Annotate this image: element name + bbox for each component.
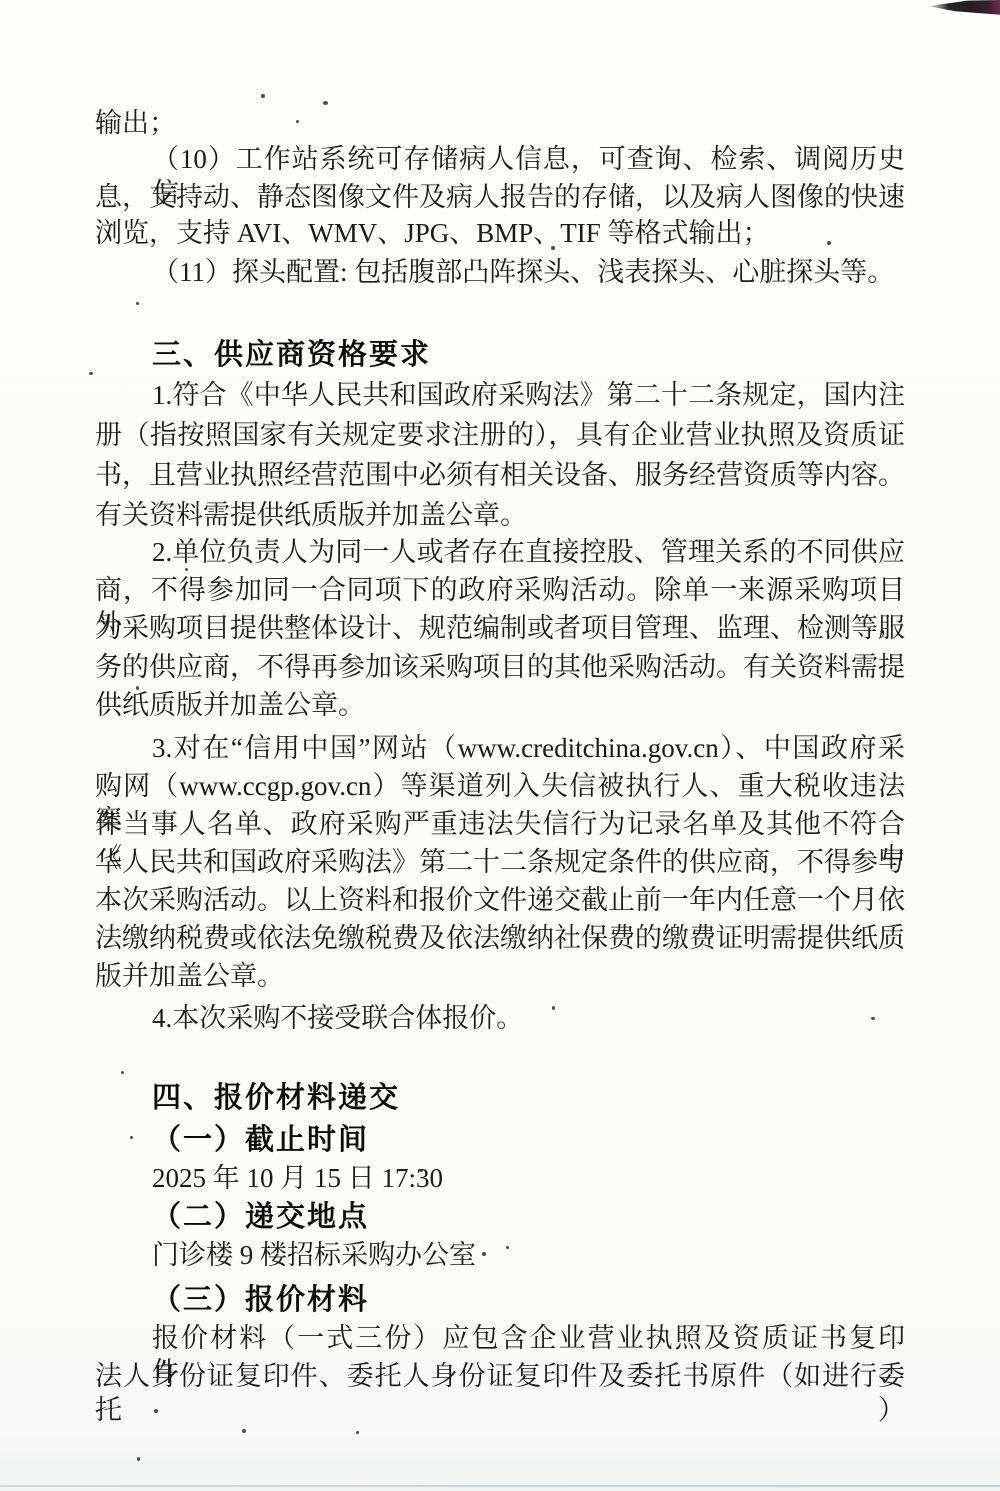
scan-speck [356,1431,359,1434]
scan-speck [136,302,139,305]
scan-speck [154,1409,158,1413]
body-line: 本次采购活动。以上资料和报价文件递交截止前一年内任意一个月依 [95,883,905,917]
body-line: 浏览，支持 AVI、WMV、JPG、BMP、TIF 等格式输出； [95,216,905,250]
scan-speck [827,241,831,245]
body-line: 务的供应商，不得再参加该采购项目的其他采购活动。有关资料需提 [95,650,905,684]
section-heading: 三、供应商资格要求 [152,338,905,372]
subsection-heading: （二）递交地点 [152,1200,905,1234]
scan-edge-line [0,1485,1000,1487]
scan-speck [551,246,555,250]
scan-speck [136,686,139,690]
scan-speck [121,1071,124,1074]
scan-speck [419,1169,423,1172]
scan-speck [482,1252,486,1256]
scan-speck [89,372,93,375]
subsection-heading: （三）报价材料 [152,1283,905,1317]
scan-speck [185,568,188,571]
section-heading: 四、报价材料递交 [152,1081,905,1115]
submission-location: 门诊楼 9 楼招标采购办公室 [152,1238,905,1272]
body-line: 2.单位负责人为同一人或者存在直接控股、管理关系的不同供应 [152,535,905,569]
scan-speck [137,1457,140,1461]
scan-speck [323,101,328,105]
body-line: 输出； [95,106,905,140]
scan-speck [242,1429,246,1433]
scan-speck [871,1017,875,1020]
body-line: 华人民共和国政府采购法》第二十二条规定条件的供应商，不得参与 [95,845,905,879]
deadline-datetime: 2025 年 10 月 15 日 17:30 [152,1161,905,1195]
body-line: 版并加盖公章。 [95,959,905,993]
body-line: 1.符合《中华人民共和国政府采购法》第二十二条规定，国内注 [152,378,905,412]
body-line: 4.本次采购不接受联合体报价。 [152,1001,905,1035]
scan-speck [506,1246,509,1249]
scan-speck [261,94,265,98]
body-line: 息，支持动、静态图像文件及病人报告的存储，以及病人图像的快速 [95,180,905,214]
body-line: 书，且营业执照经营范围中必须有相关设备、服务经营资质等内容。 [95,458,905,492]
body-line: 法缴纳税费或依法免缴税费及依法缴纳社保费的缴费证明需提供纸质 [95,921,905,955]
scanned-document-page: 输出； （10）工作站系统可存储病人信息，可查询、检索、调阅历史信 息，支持动、… [0,0,1000,1491]
body-line: 法人身份证复印件、委托人身份证复印件及委托书原件（如进行委托） [95,1359,905,1427]
scan-speck [130,1136,133,1139]
scan-corner-artifact [928,0,1000,16]
body-line: 有关资料需提供纸质版并加盖公章。 [95,498,905,532]
body-line: 册（指按照国家有关规定要求注册的），具有企业营业执照及资质证 [95,418,905,452]
body-line: 为采购项目提供整体设计、规范编制或者项目管理、监理、检测等服 [95,611,905,645]
body-line: 供纸质版并加盖公章。 [95,688,905,722]
subsection-heading: （一）截止时间 [152,1123,905,1157]
scan-speck [296,120,299,123]
body-line: 3.对在“信用中国”网站（www.creditchina.gov.cn）、中国政… [152,731,905,765]
body-line: （11）探头配置: 包括腹部凸阵探头、浅表探头、心脏探头等。 [152,255,905,289]
scan-speck [552,1006,555,1010]
